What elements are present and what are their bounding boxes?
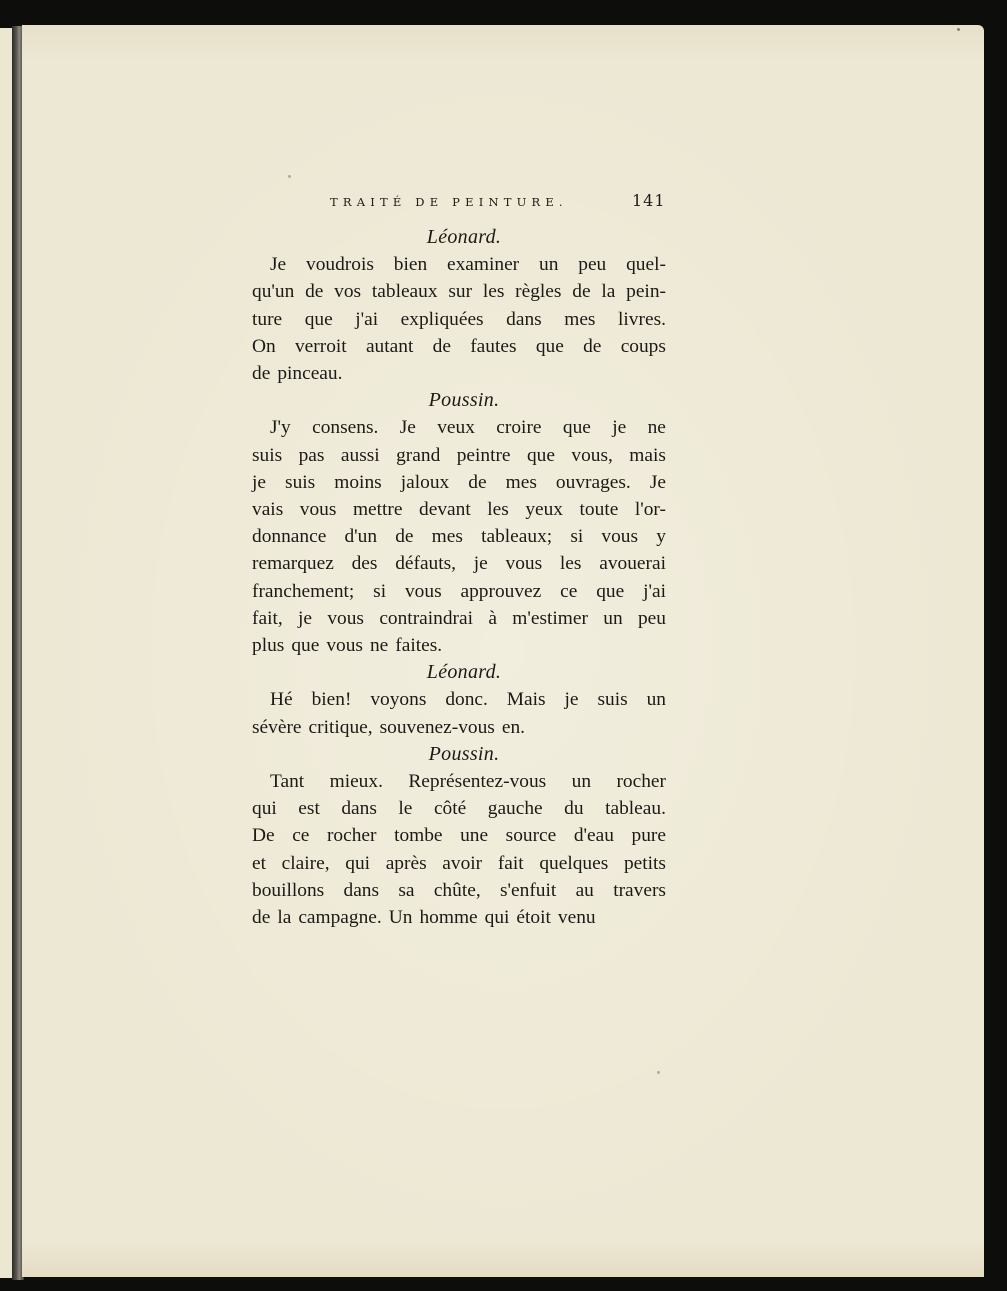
text-line: Onverroitautantdefautesquedecoups: [252, 333, 666, 360]
paragraph: Tantmieux.Représentez-vousunrocherquiest…: [252, 768, 666, 931]
running-title: Traité de peinture.: [330, 195, 568, 209]
text-line: jesuismoinsjalouxdemesouvrages.Je: [252, 469, 666, 496]
text-line: delacampagne.Unhommequiétoitvenu: [252, 904, 666, 931]
text-line: Tantmieux.Représentez-vousunrocher: [252, 768, 666, 795]
text-line: depinceau.: [252, 360, 666, 387]
text-line: sévèrecritique,souvenez-vousen.: [252, 714, 666, 741]
text-line: donnanced'undemestableaux;sivousy: [252, 523, 666, 550]
text-line: remarquezdesdéfauts,jevouslesavouerai: [252, 550, 666, 577]
text-line: franchement;sivousapprouvezcequej'ai: [252, 578, 666, 605]
paragraph: Jevoudroisbienexaminerunpeuquel-qu'undev…: [252, 251, 666, 387]
running-head: Traité de peinture. 141: [330, 193, 680, 217]
scanned-book-page: Traité de peinture. 141 Léonard.Jevoudro…: [0, 0, 1007, 1291]
speaker-heading: Poussin.: [252, 741, 666, 768]
text-line: turequej'aiexpliquéesdansmeslivres.: [252, 306, 666, 333]
text-line: qu'undevostableauxsurlesrèglesdelapein-: [252, 278, 666, 305]
speaker-heading: Léonard.: [252, 659, 666, 686]
text-line: vaisvousmettredevantlesyeuxtoutel'or-: [252, 496, 666, 523]
paper-speck: [657, 1071, 660, 1074]
text-line: etclaire,quiaprèsavoirfaitquelquespetits: [252, 850, 666, 877]
text-line: bouillonsdanssachûte,s'enfuitautravers: [252, 877, 666, 904]
text-line: fait,jevouscontraindraiàm'estimerunpeu: [252, 605, 666, 632]
body-text: Léonard.Jevoudroisbienexaminerunpeuquel-…: [252, 224, 666, 931]
text-line: Hébien!voyonsdonc.Maisjesuisun: [252, 686, 666, 713]
text-line: quiestdanslecôtégauchedutableau.: [252, 795, 666, 822]
paragraph: Hébien!voyonsdonc.Maisjesuisunsévèrecrit…: [252, 686, 666, 740]
text-line: suispasaussigrandpeintrequevous,mais: [252, 442, 666, 469]
text-line: Jevoudroisbienexaminerunpeuquel-: [252, 251, 666, 278]
page-number: 141: [632, 191, 666, 210]
paragraph: J'yconsens.Jeveuxcroirequejenesuispasaus…: [252, 414, 666, 659]
speaker-heading: Poussin.: [252, 387, 666, 414]
speaker-heading: Léonard.: [252, 224, 666, 251]
text-line: plusquevousnefaites.: [252, 632, 666, 659]
paper-speck: [288, 175, 291, 178]
paper-speck: [957, 28, 960, 31]
text-line: J'yconsens.Jeveuxcroirequejene: [252, 414, 666, 441]
text-line: Decerochertombeunesourced'eaupure: [252, 822, 666, 849]
